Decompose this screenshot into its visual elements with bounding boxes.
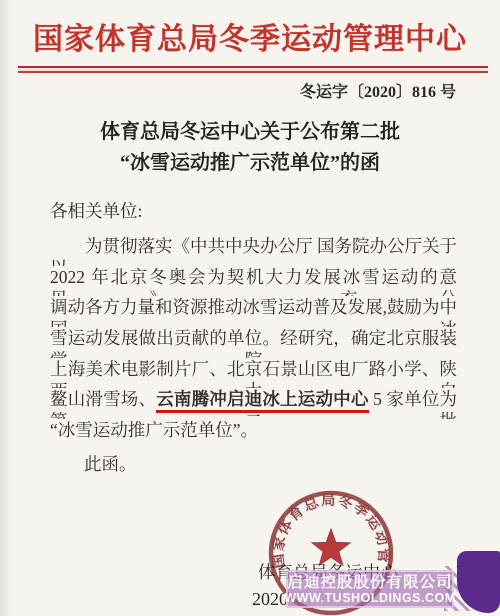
letterhead-divider-rule xyxy=(18,66,488,73)
closing-phrase: 此函。 xyxy=(84,451,137,476)
highlighted-unit-name: 云南腾冲启迪冰上运动中心 xyxy=(156,389,368,413)
body-line: 2022 年北京冬奥会为契机大力发展冰雪运动的意见》，充分 xyxy=(50,266,457,297)
document-title-line1: 体育总局冬运中心关于公布第二批 xyxy=(0,117,500,148)
document-title: 体育总局冬运中心关于公布第二批 “冰雪运动推广示范单位”的函 xyxy=(0,117,500,179)
body-line: “冰雪运动推广示范单位”。 xyxy=(50,419,457,450)
body-line: 调动各方力量和资源推动冰雪运动普及发展,鼓励为中国冰 xyxy=(50,296,457,327)
watermark-box: 启迪控股股份有限公司 WWW.TUSHOLDINGS.COM xyxy=(286,570,454,608)
watermark-company-name: 启迪控股股份有限公司 xyxy=(288,574,453,591)
body-line-prefix: 鳌山滑雪场、 xyxy=(50,389,156,409)
document-title-line2: “冰雪运动推广示范单位”的函 xyxy=(0,148,500,179)
seal-star-icon xyxy=(312,529,350,565)
body-line: 为贯彻落实《中共中央办公厅 国务院办公厅关于以 xyxy=(50,235,457,266)
document-number: 冬运字〔2020〕816 号 xyxy=(300,79,456,102)
body-line: 雪运动发展做出贡献的单位。经研究，确定北京服装学院、 xyxy=(50,327,457,358)
body-line-with-highlight: 鳌山滑雪场、云南腾冲启迪冰上运动中心 5 家单位为第二批 xyxy=(50,388,457,419)
body-text: 为贯彻落实《中共中央办公厅 国务院办公厅关于以 2022 年北京冬奥会为契机大力… xyxy=(50,235,457,450)
letterhead-org-name: 国家体育总局冬季运动管理中心 xyxy=(0,14,500,58)
salutation: 各相关单位: xyxy=(50,198,142,223)
watermark-website: WWW.TUSHOLDINGS.COM xyxy=(284,591,455,605)
scanned-document-page: 国家体育总局冬季运动管理中心 冬运字〔2020〕816 号 体育总局冬运中心关于… xyxy=(0,0,500,616)
body-line: 上海美术电影制片厂、北京石景山区电厂路小学、陕西太白 xyxy=(50,358,457,389)
